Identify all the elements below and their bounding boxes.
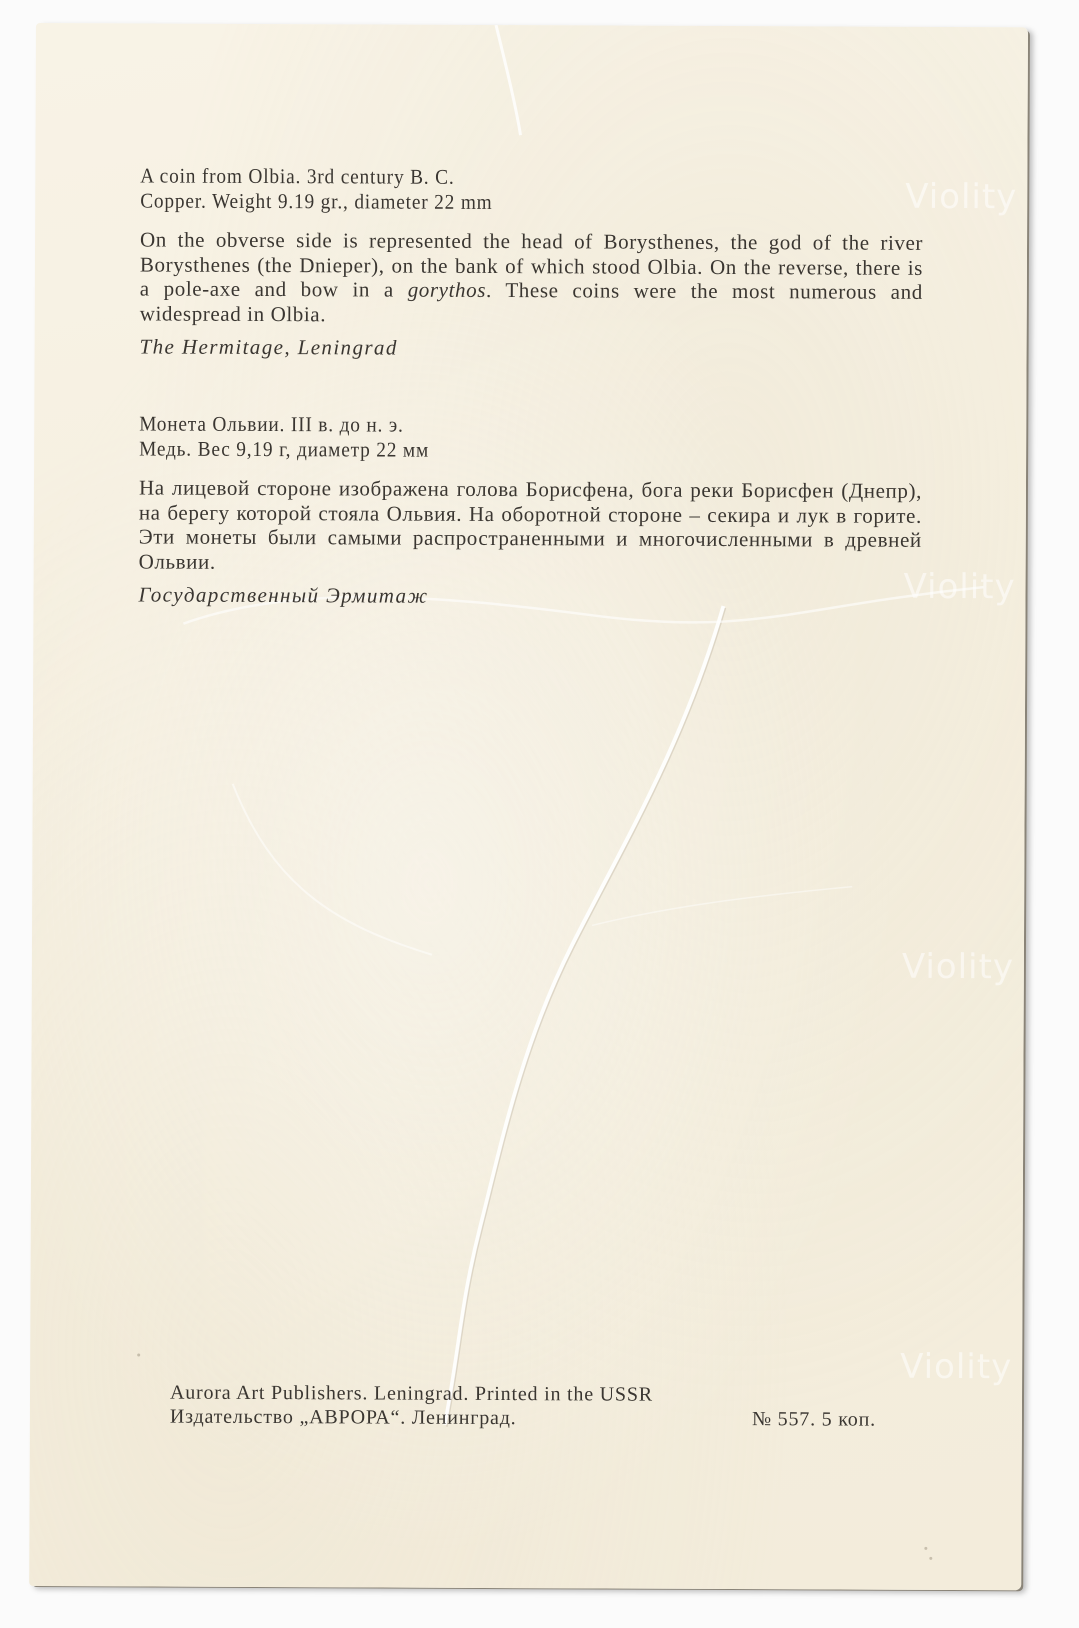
publisher-russian: Издательство „АВРОРА“. Ленинград. [170, 1405, 517, 1431]
publisher-footer: Aurora Art Publishers. Leningrad. Printe… [170, 1381, 876, 1432]
english-description: On the obverse side is represented the h… [140, 227, 923, 328]
paper-spot [137, 1353, 140, 1356]
footer-russian-row: Издательство „АВРОРА“. Ленинград. № 557.… [170, 1405, 876, 1432]
publisher-english: Aurora Art Publishers. Leningrad. Printe… [170, 1381, 653, 1407]
english-specs: Copper. Weight 9.19 gr., diameter 22 mm [140, 188, 860, 216]
english-title: A coin from Olbia. 3rd century B. C. [140, 163, 860, 191]
paper-spot [924, 1547, 927, 1550]
paper-spot [929, 1557, 932, 1560]
english-description-italic-term: gorythos [408, 278, 486, 302]
russian-title: Монета Ольвии. III в. до н. э. [139, 411, 859, 439]
russian-museum-credit: Государственный Эрмитаж [138, 581, 921, 610]
english-museum-credit: The Hermitage, Leningrad [140, 333, 923, 362]
english-description-block: A coin from Olbia. 3rd century B. C. Cop… [140, 163, 924, 362]
footer-english-row: Aurora Art Publishers. Leningrad. Printe… [170, 1381, 876, 1408]
watermark-text: Violity [902, 947, 1014, 987]
catalog-number-price: № 557. 5 коп. [752, 1407, 876, 1432]
russian-description-block: Монета Ольвии. III в. до н. э. Медь. Вес… [138, 411, 922, 610]
russian-specs: Медь. Вес 9,19 г, диаметр 22 мм [139, 436, 859, 464]
postcard-back: Violity Violity Violity Violity A coin f… [29, 23, 1028, 1590]
russian-description: На лицевой стороне изображена голова Бор… [139, 475, 922, 576]
watermark-text: Violity [900, 1347, 1012, 1387]
